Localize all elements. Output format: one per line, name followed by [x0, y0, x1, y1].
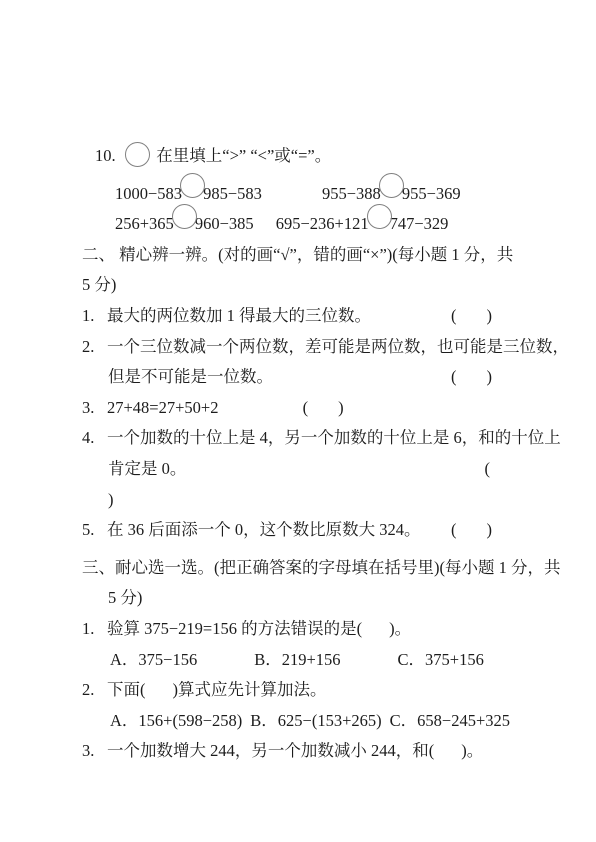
answer-circle: [379, 173, 404, 198]
item-number: 1.: [82, 614, 107, 645]
expression-right: 747−329: [390, 214, 449, 233]
bracket-open: (: [451, 306, 457, 325]
s2-item-2-line1: 2.一个三位数减一个两位数，差可能是两位数，也可能是三位数，: [82, 332, 512, 363]
answer-bracket: (): [303, 398, 344, 417]
item-text: 。: [395, 619, 412, 638]
bracket-close: ): [338, 398, 344, 417]
item-text-wrap: 5.在 36 后面添一个 0，这个数比原数大 324。: [82, 515, 421, 546]
item-text: 下面: [107, 680, 140, 699]
answer-bracket: (): [451, 301, 492, 332]
item-number: 1.: [82, 301, 107, 332]
answer-circle: [180, 173, 205, 198]
bracket-close: ): [82, 490, 114, 509]
item-number: 2.: [82, 332, 107, 363]
question-10-number: 10.: [82, 141, 120, 172]
item-text: 但是不可能是一位数。: [82, 362, 273, 393]
worksheet-content: 10. 在里填上“>” “<”或“=”。 1000−583985−583 955…: [82, 141, 512, 767]
s2-item-1: 1.最大的两位数加 1 得最大的三位数。 (): [82, 301, 512, 332]
s2-item-3: 3.27+48=27+50+2 (): [82, 393, 512, 424]
item-text: 。: [467, 741, 484, 760]
bracket-close: ): [487, 520, 493, 539]
section-3-heading-cont: 5 分): [82, 583, 512, 614]
comparison-pair: 695−236+121747−329: [276, 214, 449, 233]
section-3-heading: 三、耐心选一选。(把正确答案的字母填在括号里)(每小题 1 分，共: [82, 553, 512, 584]
option-b: B．219+156: [254, 650, 340, 669]
s3-item-1: 1.验算 375−219=156 的方法错误的是()。: [82, 614, 512, 645]
bracket-open: (: [140, 680, 146, 699]
item-number: 4.: [82, 423, 107, 454]
answer-circle: [125, 142, 150, 167]
bracket-open: (: [303, 398, 309, 417]
section-2-heading: 二、 精心辨一辨。(对的画“√”，错的画“×”)(每小题 1 分，共: [82, 240, 512, 271]
answer-bracket: (): [451, 515, 492, 546]
bracket-close: ): [487, 367, 493, 386]
expression-left: 695−236+121: [276, 214, 369, 233]
s2-item-5: 5.在 36 后面添一个 0，这个数比原数大 324。 (): [82, 515, 512, 546]
item-text: 27+48=27+50+2: [107, 398, 218, 417]
item-text: 一个加数的十位上是 4，另一个加数的十位上是 6，和的十位上: [107, 428, 561, 447]
expression-left: 256+365: [115, 214, 174, 233]
s3-item-2-options: A．156+(598−258)B．625−(153+265)C．658−245+…: [82, 706, 512, 737]
bracket-close: ): [487, 306, 493, 325]
s2-item-2-line2: 但是不可能是一位数。 (): [82, 362, 512, 393]
item-text: 一个加数增大 244，另一个加数减小 244，和: [107, 741, 429, 760]
answer-bracket: (): [451, 362, 492, 393]
answer-circle: [367, 204, 392, 229]
bracket-open: (: [357, 619, 363, 638]
item-number: 3.: [82, 393, 107, 424]
bracket-open: (: [451, 367, 457, 386]
s3-item-2: 2.下面()算式应先计算加法。: [82, 675, 512, 706]
option-a: A．375−156: [110, 650, 197, 669]
s2-item-4-line2: 肯定是 0。 (: [82, 454, 512, 485]
comparison-pair: 1000−583985−583: [115, 184, 266, 203]
option-c: C．658−245+325: [390, 711, 510, 730]
section-2-heading-cont: 5 分): [82, 270, 512, 301]
option-c: C．375+156: [398, 650, 484, 669]
worksheet-page: 10. 在里填上“>” “<”或“=”。 1000−583985−583 955…: [0, 0, 596, 842]
bracket-open: (: [451, 520, 457, 539]
expression-right: 985−583: [203, 184, 262, 203]
item-text: 算式应先计算加法。: [178, 680, 327, 699]
s3-item-1-options: A．375−156B．219+156C．375+156: [82, 645, 512, 676]
item-text: 一个三位数减一个两位数，差可能是两位数，也可能是三位数，: [107, 337, 569, 356]
question-10-header: 10. 在里填上“>” “<”或“=”。: [82, 141, 512, 172]
s2-item-4-line1: 4.一个加数的十位上是 4，另一个加数的十位上是 6，和的十位上: [82, 423, 512, 454]
bracket-open: (: [485, 454, 491, 485]
bracket-open: (: [429, 741, 435, 760]
answer-circle: [172, 204, 197, 229]
comparison-pair: 256+365960−385: [115, 214, 258, 233]
option-b: B．625−(153+265): [250, 711, 381, 730]
expression-right: 960−385: [195, 214, 254, 233]
s3-item-3: 3.一个加数增大 244，另一个加数减小 244，和()。: [82, 736, 512, 767]
item-text: 在 36 后面添一个 0，这个数比原数大 324。: [107, 520, 421, 539]
question-10-row-1: 1000−583985−583 955−388955−369: [82, 179, 512, 210]
question-10-instruction: 在里填上“>” “<”或“=”。: [156, 146, 331, 165]
expression-right: 955−369: [402, 184, 461, 203]
expression-left: 1000−583: [115, 184, 182, 203]
item-text: 最大的两位数加 1 得最大的三位数。: [107, 306, 371, 325]
item-text: 肯定是 0。: [82, 454, 186, 485]
question-10-row-2: 256+365960−385 695−236+121747−329: [82, 209, 512, 240]
expression-left: 955−388: [322, 184, 381, 203]
option-a: A．156+(598−258): [110, 711, 242, 730]
item-text-wrap: 1.最大的两位数加 1 得最大的三位数。: [82, 301, 371, 332]
item-number: 2.: [82, 675, 107, 706]
s2-item-4-line3: ): [82, 485, 512, 516]
item-number: 3.: [82, 736, 107, 767]
item-text: 验算 375−219=156 的方法错误的是: [107, 619, 357, 638]
comparison-pair: 955−388955−369: [322, 184, 461, 203]
item-number: 5.: [82, 515, 107, 546]
